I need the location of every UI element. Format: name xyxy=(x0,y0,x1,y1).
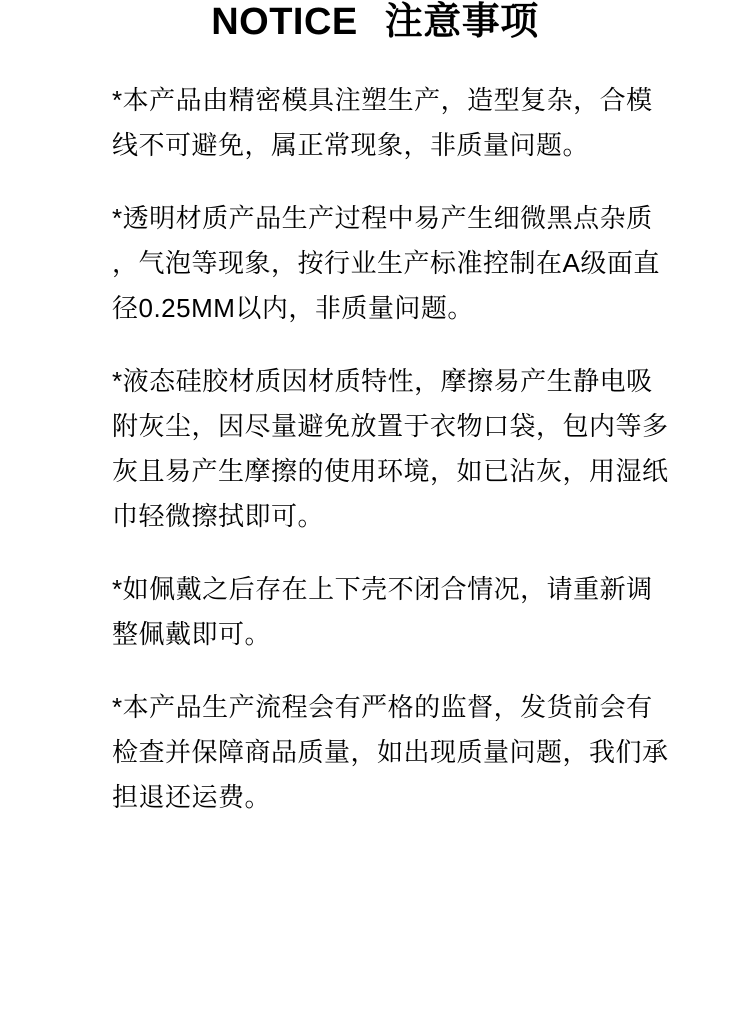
notice-line: *液态硅胶材质因材质特性，摩擦易产生静电吸 xyxy=(112,359,657,404)
page-title: NOTICE 注意事项 xyxy=(0,0,750,44)
notice-line: 附灰尘，因尽量避免放置于衣物口袋，包内等多 xyxy=(112,404,657,449)
notice-line: *如佩戴之后存在上下壳不闭合情况，请重新调 xyxy=(112,567,657,612)
notice-line: 担退还运费。 xyxy=(112,775,657,820)
notice-paragraph-silicone-static: *液态硅胶材质因材质特性，摩擦易产生静电吸 附灰尘，因尽量避免放置于衣物口袋，包… xyxy=(112,359,657,539)
notice-paragraph-shell-fit: *如佩戴之后存在上下壳不闭合情况，请重新调 整佩戴即可。 xyxy=(112,567,657,657)
notice-line: 线不可避免，属正常现象，非质量问题。 xyxy=(112,123,657,168)
notice-line: *本产品由精密模具注塑生产，造型复杂，合模 xyxy=(112,78,657,123)
notice-line: 径0.25MM以内，非质量问题。 xyxy=(112,286,657,331)
notice-line: *本产品生产流程会有严格的监督，发货前会有 xyxy=(112,685,657,730)
notice-list: *本产品由精密模具注塑生产，造型复杂，合模 线不可避免，属正常现象，非质量问题。… xyxy=(0,78,750,820)
notice-line: 巾轻微擦拭即可。 xyxy=(112,494,657,539)
notice-line: 检查并保障商品质量，如出现质量问题，我们承 xyxy=(112,730,657,775)
notice-paragraph-transparent-material: *透明材质产品生产过程中易产生细微黑点杂质 ，气泡等现象，按行业生产标准控制在A… xyxy=(112,196,657,331)
notice-line: 灰且易产生摩擦的使用环境，如已沾灰，用湿纸 xyxy=(112,449,657,494)
notice-paragraph-quality-guarantee: *本产品生产流程会有严格的监督，发货前会有 检查并保障商品质量，如出现质量问题，… xyxy=(112,685,657,820)
notice-line: *透明材质产品生产过程中易产生细微黑点杂质 xyxy=(112,196,657,241)
notice-page: NOTICE 注意事项 *本产品由精密模具注塑生产，造型复杂，合模 线不可避免，… xyxy=(0,0,750,1019)
notice-line: 整佩戴即可。 xyxy=(112,612,657,657)
notice-line: ，气泡等现象，按行业生产标准控制在A级面直 xyxy=(112,241,657,286)
notice-paragraph-mold-line: *本产品由精密模具注塑生产，造型复杂，合模 线不可避免，属正常现象，非质量问题。 xyxy=(112,78,657,168)
